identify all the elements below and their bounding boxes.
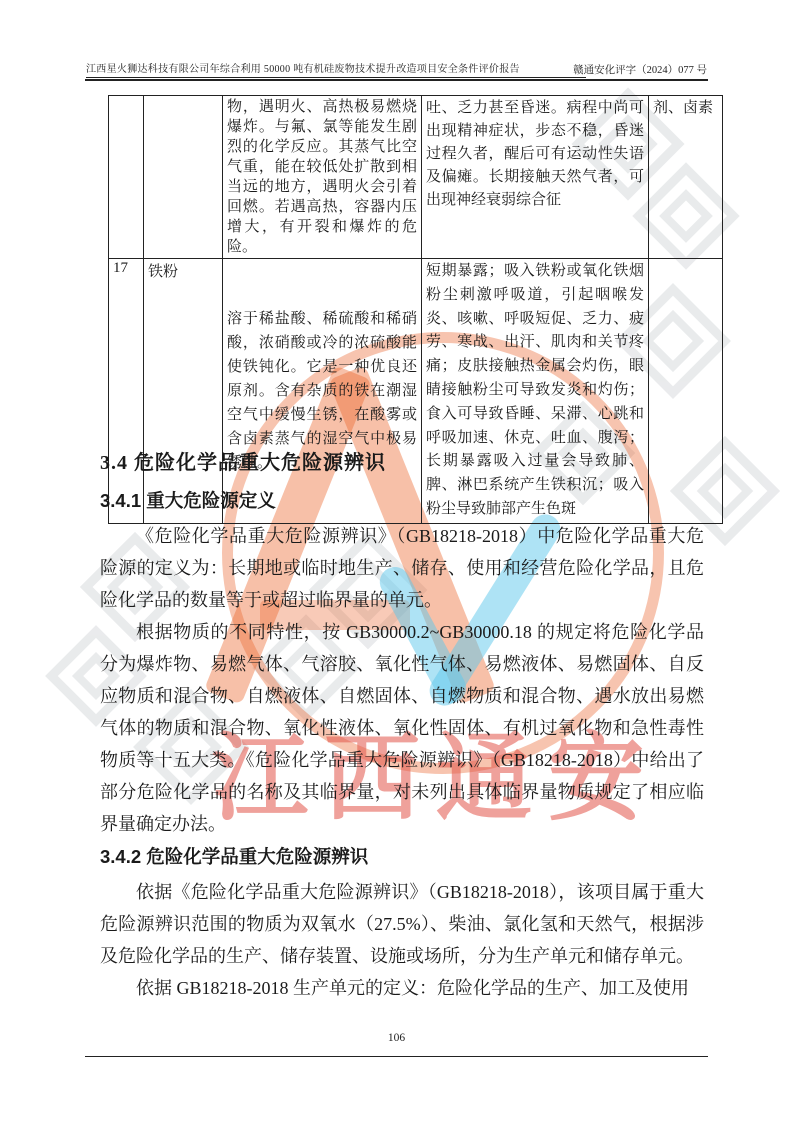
cell-row-number <box>109 96 144 259</box>
cell-hazard-property: 物，遇明火、高热极易燃烧爆炸。与氟、氯等能发生剧烈的化学反应。其蒸气比空气重，能… <box>223 96 422 259</box>
cell-substance-name <box>144 96 223 259</box>
section-heading-3-4-2: 3.4.2 危险化学品重大危险源辨识 <box>100 842 704 872</box>
paragraph-classification: 根据物质的不同特性，按 GB30000.2~GB30000.18 的规定将危险化… <box>100 616 704 840</box>
body-text: 3.4 危险化学品重大危险源辨识 3.4.1 重大危险源定义 《危险化学品重大危… <box>100 448 704 1004</box>
paragraph-identification: 依据《危险化学品重大危险源辨识》（GB18218-2018），该项目属于重大危险… <box>100 876 704 972</box>
header-rule <box>85 79 708 81</box>
table-row: 物，遇明火、高热极易燃烧爆炸。与氟、氯等能发生剧烈的化学反应。其蒸气比空气重，能… <box>109 96 723 259</box>
paragraph-production-unit: 依据 GB18218-2018 生产单元的定义：危险化学品的生产、加工及使用 <box>100 972 704 1004</box>
section-heading-3-4-1: 3.4.1 重大危险源定义 <box>100 486 704 516</box>
page-number: 106 <box>0 1032 793 1044</box>
header-doc-number: 赣通安化评字（2024）077 号 <box>573 62 707 77</box>
header-report-title: 江西星火狮达科技有限公司年综合利用 50000 吨有机硅废物技术提升改造项目安全… <box>86 60 586 78</box>
document-page: 江西通安 江西星火狮达科技有限公司年综合利用 50000 吨有机硅废物技术提升改… <box>0 0 793 1122</box>
cell-health-effect: 吐、乏力甚至昏迷。病程中尚可出现精神症状，步态不稳，昏迷过程久者，醒后可有运动性… <box>422 96 649 259</box>
section-heading-3-4: 3.4 危险化学品重大危险源辨识 <box>100 448 704 478</box>
page-content: 江西星火狮达科技有限公司年综合利用 50000 吨有机硅废物技术提升改造项目安全… <box>0 0 793 1122</box>
paragraph-definition: 《危险化学品重大危险源辨识》（GB18218-2018）中危险化学品重大危险源的… <box>100 520 704 616</box>
cell-extinguishing: 剂、卤素 <box>649 96 723 259</box>
footer-rule <box>85 1056 708 1057</box>
